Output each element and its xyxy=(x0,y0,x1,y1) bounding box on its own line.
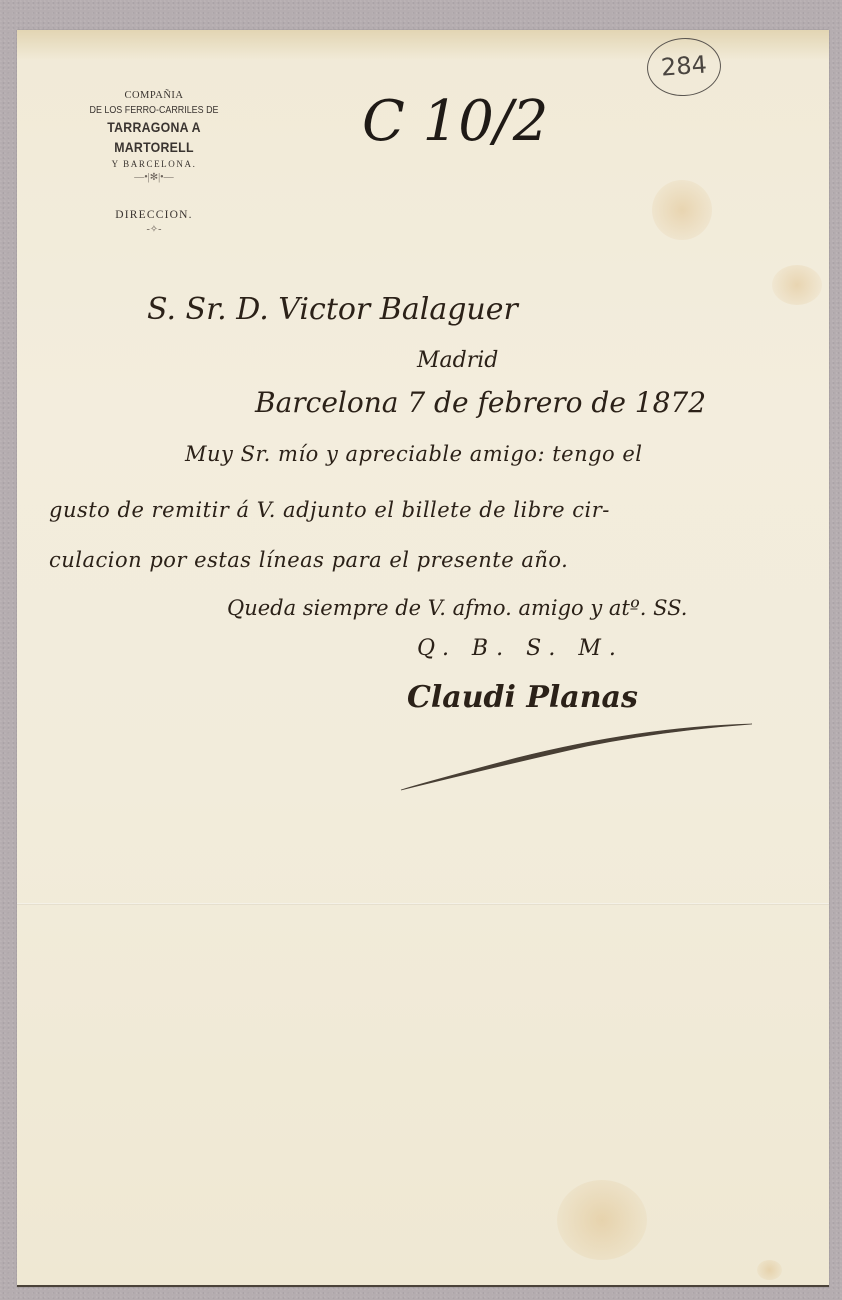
salutation-abbreviation: Q. B. S. M. xyxy=(417,636,624,661)
company-letterhead: COMPAÑIA DE LOS FERRO-CARRILES DE TARRAG… xyxy=(59,88,249,237)
paper-stain xyxy=(772,265,822,305)
closing-line: Queda siempre de V. afmo. amigo y atº. S… xyxy=(227,596,687,620)
reference-annotation: C 10/2 xyxy=(362,92,548,152)
paper-fold-line xyxy=(17,903,829,905)
ornament-small-icon: -✧- xyxy=(59,223,249,237)
letterhead-department: DIRECCION. xyxy=(59,207,249,223)
signature: Claudi Planas xyxy=(407,680,638,715)
city-line: Madrid xyxy=(417,348,498,373)
letterhead-city: Y BARCELONA. xyxy=(59,157,249,171)
body-line-1: Muy Sr. mío y apreciable amigo: tengo el xyxy=(185,442,643,466)
body-line-3: culacion por estas líneas para el presen… xyxy=(49,548,568,572)
letterhead-route: TARRAGONA A MARTORELL xyxy=(70,117,237,157)
ornament-divider-icon: —•|✻|•— xyxy=(59,171,249,185)
addressee-line: S. Sr. D. Victor Balaguer xyxy=(147,292,518,327)
paper-stain xyxy=(757,1260,782,1280)
letter-sheet: COMPAÑIA DE LOS FERRO-CARRILES DE TARRAG… xyxy=(17,30,829,1287)
body-line-2: gusto de remitir á V. adjunto el billete… xyxy=(49,498,610,522)
letterhead-railway: DE LOS FERRO-CARRILES DE xyxy=(73,103,235,117)
signature-flourish-icon xyxy=(397,720,757,800)
letterhead-company: COMPAÑIA xyxy=(59,88,249,103)
paper-stain xyxy=(557,1180,647,1260)
paper-stain xyxy=(652,180,712,240)
archive-number-stamp: 284 xyxy=(645,35,723,98)
date-line: Barcelona 7 de febrero de 1872 xyxy=(255,386,706,419)
